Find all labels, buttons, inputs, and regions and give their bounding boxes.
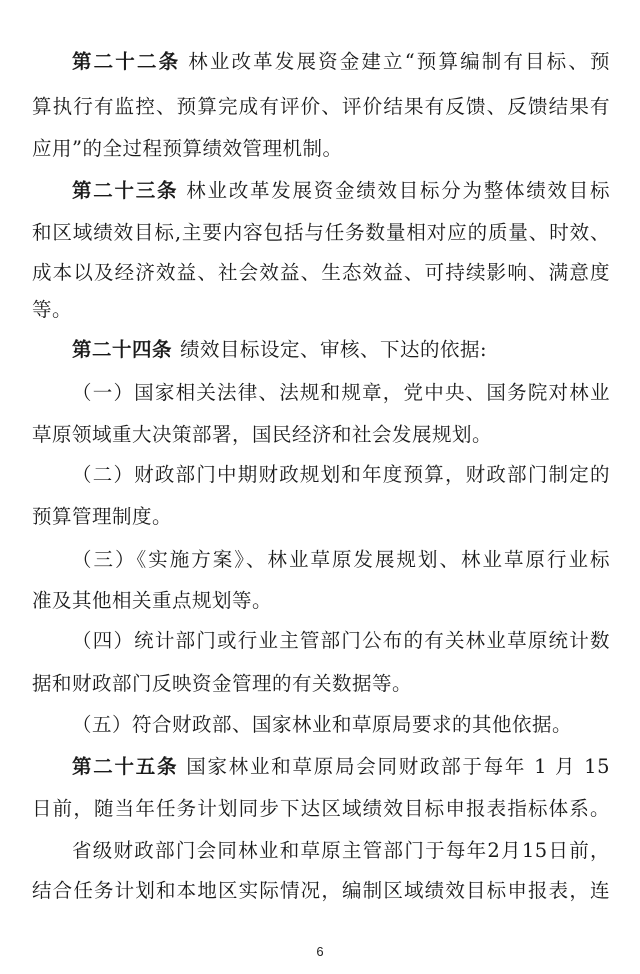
- article-22-line-3: 应用”的全过程预算绩效管理机制。: [32, 136, 610, 162]
- article-23-line-3: 成本以及经济效益、社会效益、生态效益、可持续影响、满意度: [32, 260, 610, 286]
- item-4-line-2: 据和财政部门反映资金管理的有关数据等。: [32, 671, 610, 697]
- item-3-line-1: （三）《实施方案》、林业草原发展规划、林业草原行业标: [72, 547, 610, 573]
- line-text: 绩效目标设定、审核、下达的依据:: [180, 338, 487, 361]
- item-3-line-2: 准及其他相关重点规划等。: [32, 588, 610, 614]
- article-25-para2-line-1: 省级财政部门会同林业和草原主管部门于每年2月15日前，: [72, 838, 610, 864]
- item-5-line-1: （五）符合财政部、国家林业和草原局要求的其他依据。: [72, 712, 610, 738]
- item-4-line-1: （四）统计部门或行业主管部门公布的有关林业草原统计数: [72, 628, 610, 654]
- article-23-line-1: 第二十三条林业改革发展资金绩效目标分为整体绩效目标: [72, 178, 610, 204]
- article-25-para2-line-2: 结合任务计划和本地区实际情况，编制区域绩效目标申报表，连: [32, 878, 610, 904]
- article-24-line-1: 第二十四条绩效目标设定、审核、下达的依据:: [72, 337, 610, 363]
- item-1-line-2: 草原领域重大决策部署，国民经济和社会发展规划。: [32, 422, 610, 448]
- article-heading: 第二十二条: [72, 50, 180, 73]
- article-heading: 第二十四条: [72, 338, 172, 361]
- line-text: 林业改革发展资金绩效目标分为整体绩效目标: [186, 179, 610, 202]
- article-25-line-1: 第二十五条国家林业和草原局会同财政部于每年 1 月 15: [72, 754, 610, 780]
- article-23-line-4: 等。: [32, 297, 610, 323]
- article-heading: 第二十三条: [72, 179, 178, 202]
- line-text: 国家林业和草原局会同财政部于每年 1 月 15: [186, 755, 610, 778]
- article-heading: 第二十五条: [72, 755, 178, 778]
- line-text: 林业改革发展资金建立“预算编制有目标、预: [188, 50, 610, 73]
- page-number: 6: [0, 944, 640, 959]
- article-23-line-2: 和区域绩效目标,主要内容包括与任务数量相对应的质量、时效、: [32, 220, 610, 246]
- article-25-line-2: 日前，随当年任务计划同步下达区域绩效目标申报表指标体系。: [32, 796, 610, 822]
- article-22-line-1: 第二十二条林业改革发展资金建立“预算编制有目标、预: [72, 49, 610, 75]
- item-2-line-1: （二）财政部门中期财政规划和年度预算，财政部门制定的: [72, 462, 610, 488]
- article-22-line-2: 算执行有监控、预算完成有评价、评价结果有反馈、反馈结果有: [32, 94, 610, 120]
- item-2-line-2: 预算管理制度。: [32, 504, 610, 530]
- document-page: 第二十二条林业改革发展资金建立“预算编制有目标、预 算执行有监控、预算完成有评价…: [0, 0, 640, 974]
- item-1-line-1: （一）国家相关法律、法规和规章，党中央、国务院对林业: [72, 380, 610, 406]
